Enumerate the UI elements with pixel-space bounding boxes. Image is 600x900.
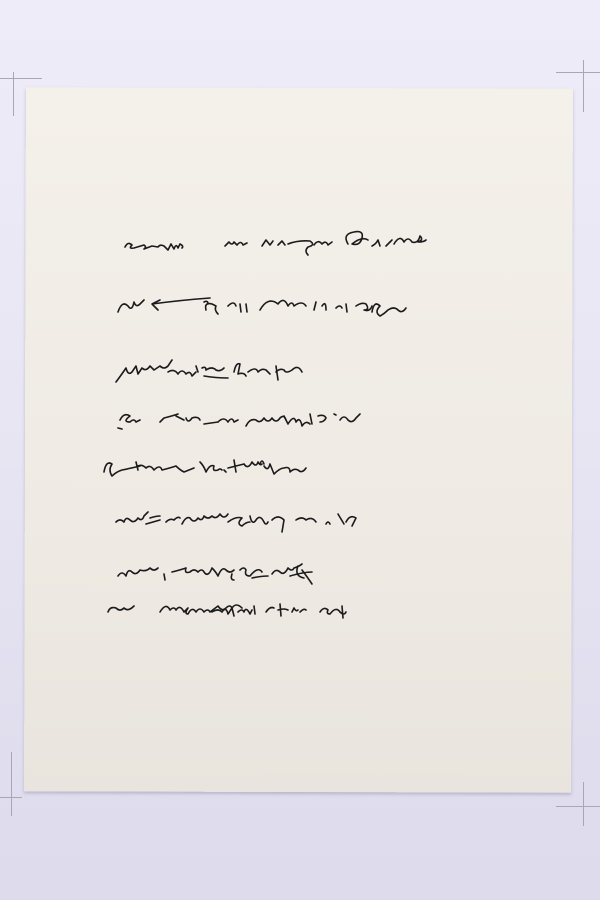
handwriting-line-7	[118, 564, 312, 584]
handwriting-line-1	[125, 232, 426, 255]
handwriting-line-2	[118, 298, 406, 316]
handwriting-line-4	[118, 414, 360, 429]
asemic-handwriting	[0, 0, 600, 900]
handwriting-line-5	[104, 460, 306, 476]
handwriting-line-6	[116, 512, 356, 532]
handwriting-line-8	[108, 604, 346, 618]
handwriting-line-3	[116, 360, 302, 382]
